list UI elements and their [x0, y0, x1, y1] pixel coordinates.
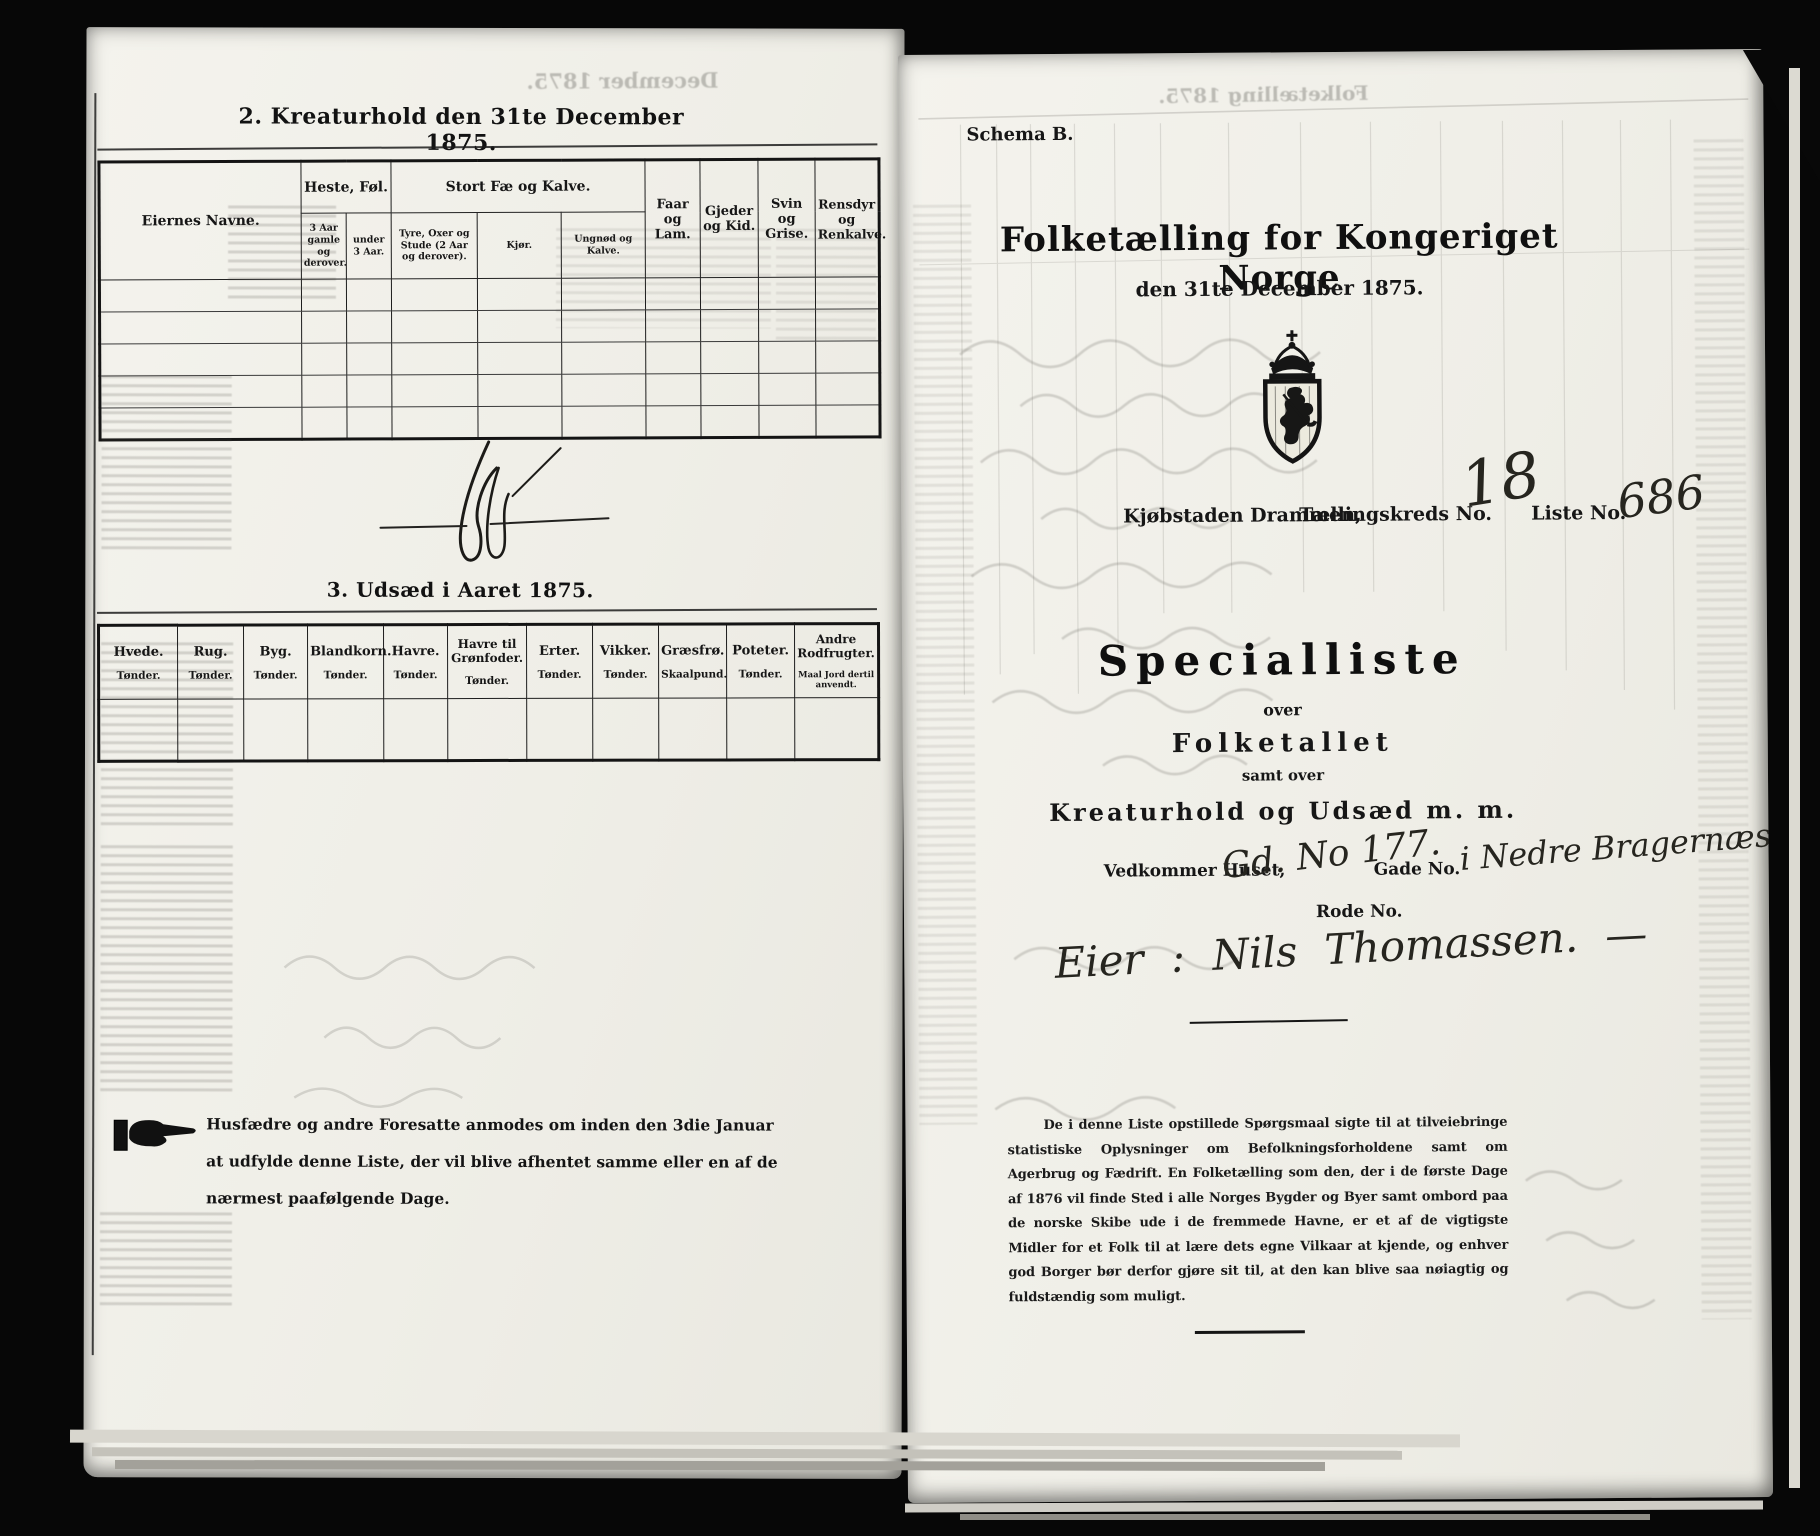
bleedthrough-block [228, 205, 336, 301]
subtitle-folketallet: Folketallet [983, 726, 1583, 760]
stacked-page-edge [960, 1514, 1650, 1520]
column-header: Andre Rodfrugter.Maal Jord dertil anvend… [794, 624, 878, 699]
bleedthrough-block [776, 229, 876, 344]
empty-cell [100, 343, 302, 376]
left-page: December 1875. 2. Kreaturhold den 31te D… [83, 27, 904, 1479]
footer-note: Husfædre og andre Foresatte anmodes om i… [206, 1105, 794, 1217]
manicule-icon [112, 1113, 198, 1157]
column-header: Erter.Tønder. [526, 624, 592, 699]
double-rule [97, 608, 877, 614]
column-group-fae: Stort Fæ og Kalve. [391, 160, 645, 213]
column-header: Blandkorn.Tønder. [308, 625, 384, 700]
date-line: den 31te December 1875. [970, 274, 1590, 302]
column-header: Havre.Tønder. [384, 625, 448, 700]
bleedthrough-text: December 1875. [526, 68, 718, 94]
right-page: Folketælling 1875. Schema B. Folketællin… [898, 49, 1773, 1503]
schema-label: Schema B. [966, 124, 1073, 146]
column-header: Vikker.Tønder. [592, 624, 658, 699]
page-edge-sliver [1789, 68, 1800, 1488]
norway-coat-of-arms [1245, 328, 1340, 469]
udsaed-table: Hvede.Tønder. Rug.Tønder. Byg.Tønder. Bl… [97, 609, 877, 763]
bleedthrough-block [100, 845, 233, 1095]
district-label: Tællingskreds No. [1299, 503, 1492, 526]
instructions-paragraph: De i denne Liste opstillede Spørgsmaal s… [1007, 1111, 1508, 1310]
liste-value-handwritten: 686 [1614, 464, 1708, 529]
bleedthrough-text: Folketælling 1875. [1158, 81, 1369, 108]
bleedthrough-block [1694, 139, 1752, 1319]
stacked-page-edge [905, 1501, 1763, 1513]
gade-label: Gade No. [1374, 859, 1461, 880]
bleedthrough-block [556, 228, 771, 328]
liste-label: Liste No. [1531, 502, 1626, 525]
column-subheader: under 3 Aar. [346, 213, 391, 279]
column-header: Havre til Grønfoder.Tønder. [448, 624, 527, 699]
column-subheader: Tyre, Oxer og Stude (2 Aar og derover). [391, 213, 477, 279]
subtitle-main: Specialliste [982, 633, 1582, 686]
bleedthrough-block [101, 375, 231, 550]
empty-cell [100, 311, 302, 344]
scanned-census-spread: December 1875. 2. Kreaturhold den 31te D… [0, 0, 1820, 1536]
column-header: Rug.Tønder. [178, 625, 244, 700]
margin-rule [92, 93, 97, 1355]
column-header: Poteter.Tønder. [726, 624, 794, 699]
section3-title: 3. Udsæd i Aaret 1875. [235, 577, 685, 602]
handwritten-intet-flourish [370, 430, 620, 591]
subtitle-kreaturhold: Kreaturhold og Udsæd m. m. [983, 794, 1583, 827]
rode-label: Rode No. [1316, 902, 1403, 923]
column-subheader: Kjør. [477, 212, 561, 278]
empty-cell [99, 700, 178, 762]
column-header: Byg.Tønder. [244, 625, 308, 700]
bleedthrough-block [913, 205, 977, 1125]
column-header: Hvede.Tønder. [99, 625, 178, 700]
bleedthrough-handwriting [264, 928, 824, 1129]
bleedthrough-block [100, 1212, 232, 1307]
column-header: Græsfrø.Skaalpund. [658, 624, 726, 699]
